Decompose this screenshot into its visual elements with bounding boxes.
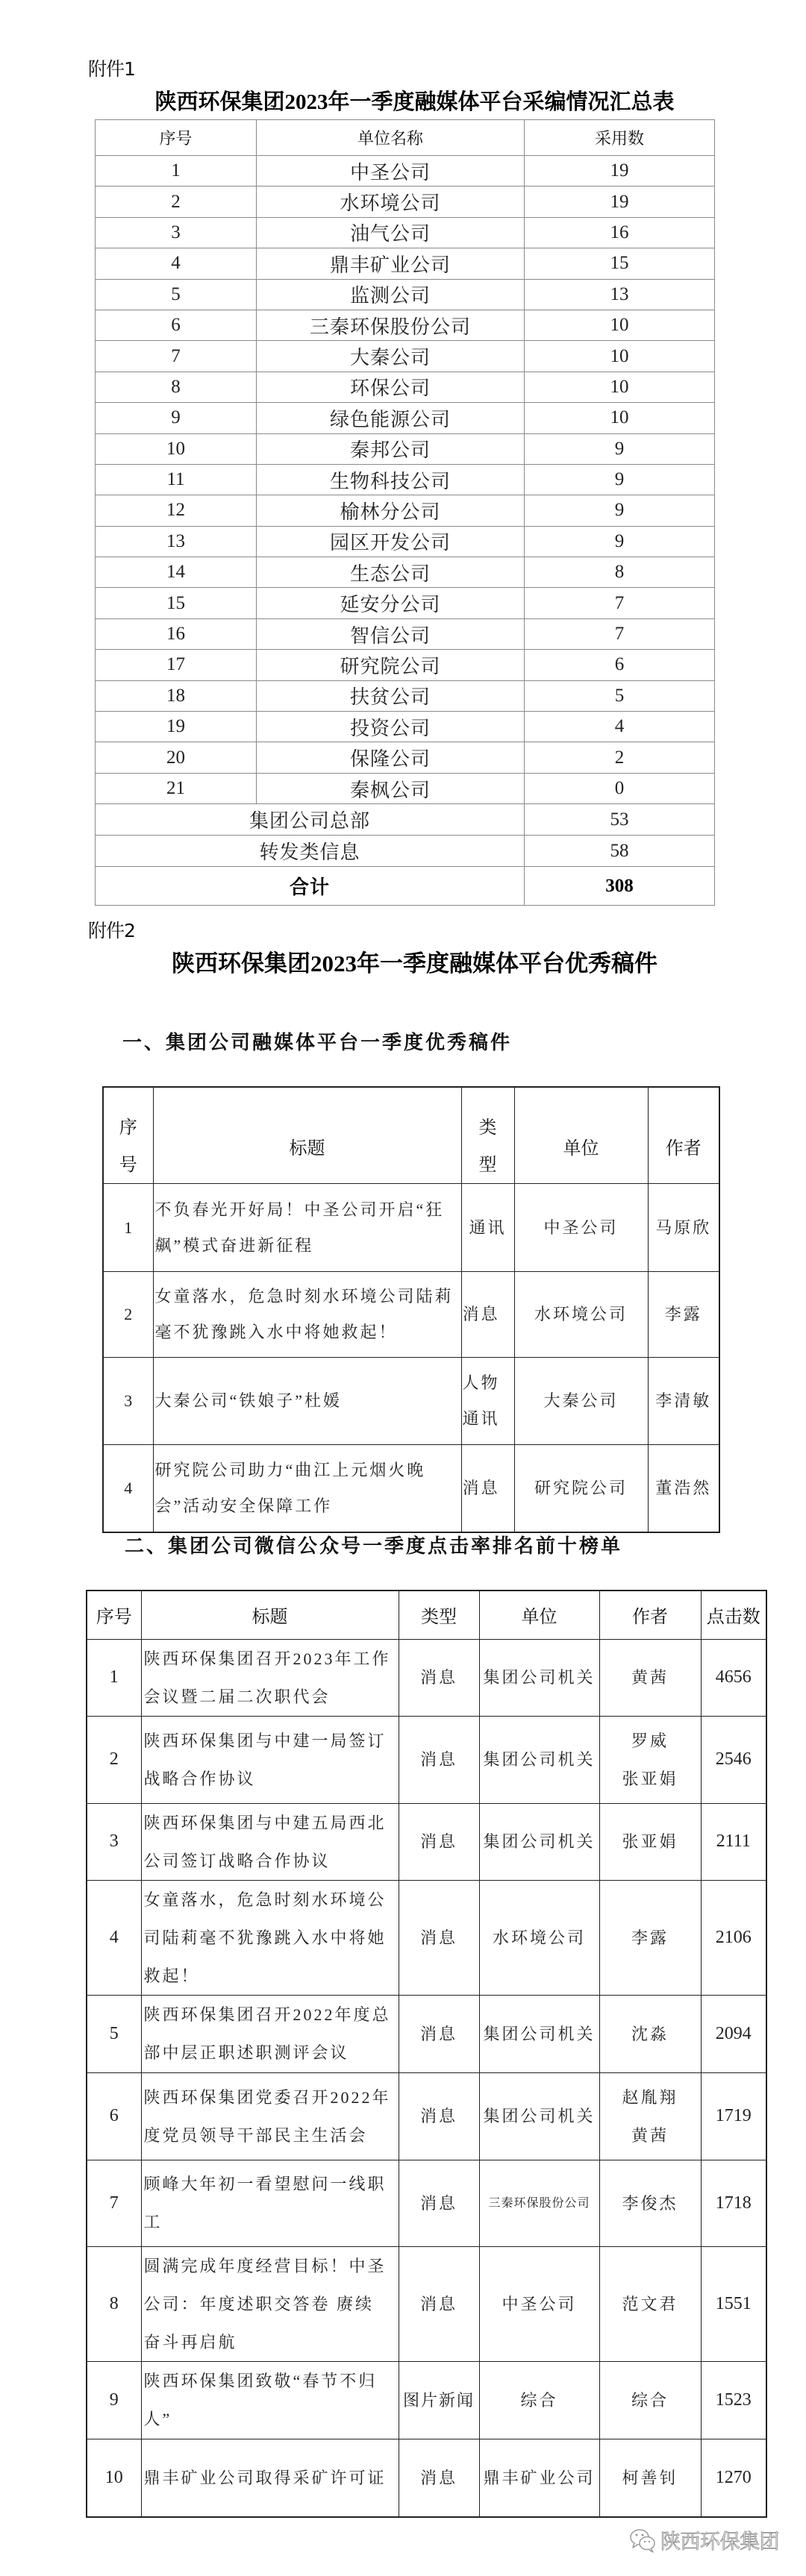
table-row: 1 陕西环保集团召开2023年工作 会议暨二届二次职代会 消息 集团公司机关 黄… (87, 1639, 766, 1716)
article-title: 圆满完成年度经营目标！中圣 公司：年度述职交答卷 赓续 奋斗再启航 (141, 2246, 399, 2361)
adopted-count: 13 (525, 279, 715, 310)
row-number: 5 (96, 279, 257, 310)
table-row: 10 鼎丰矿业公司取得采矿许可证 消息 鼎丰矿业公司 柯善钊 1270 (87, 2439, 766, 2517)
table-row: 1中圣公司19 (96, 156, 715, 187)
attachment-1-label: 附件1 (88, 58, 135, 81)
row-number: 3 (87, 1803, 141, 1880)
article-unit: 集团公司机关 (479, 2072, 599, 2160)
row-number: 9 (96, 403, 257, 433)
article-type: 消息 (399, 1639, 479, 1716)
article-type: 消息 (399, 1716, 479, 1803)
article-type: 消息 (399, 2439, 479, 2517)
row-number: 2 (103, 1272, 153, 1358)
article-title: 陕西环保集团党委召开2022年 度党员领导干部民主生活会 (141, 2072, 399, 2160)
article-author: 综合 (599, 2361, 701, 2439)
article-title: 大秦公司“铁娘子”杜媛 (153, 1358, 461, 1445)
column-header-type-text: 类型 (478, 1109, 497, 1183)
adopted-count: 0 (525, 773, 715, 803)
article-unit: 鼎丰矿业公司 (479, 2439, 599, 2517)
unit-name: 秦枫公司 (257, 773, 525, 803)
table-row: 5 陕西环保集团召开2022年度总 部中层正职述职测评会议 消息 集团公司机关 … (87, 1995, 766, 2072)
summary-row-forwarded: 转发类信息58 (96, 836, 715, 867)
summary-label: 转发类信息 (96, 836, 525, 867)
article-type: 人物通讯 (461, 1358, 514, 1445)
table-row: 5监测公司13 (96, 279, 715, 310)
table-row: 7大秦公司10 (96, 341, 715, 372)
column-header-clicks: 点击数 (701, 1591, 766, 1639)
article-author: 黄茜 (599, 1639, 701, 1716)
article-author: 李露 (599, 1880, 701, 1995)
table-row: 3 陕西环保集团与中建五局西北 公司签订战略合作协议 消息 集团公司机关 张亚娟… (87, 1803, 766, 1880)
summary-count: 58 (525, 836, 715, 867)
article-type: 消息 (461, 1272, 514, 1358)
article-unit: 集团公司机关 (479, 1995, 599, 2072)
row-number: 1 (87, 1639, 141, 1716)
article-author: 李清敏 (648, 1358, 719, 1445)
article-author: 赵胤翔 黄茜 (599, 2072, 701, 2160)
table-row: 4 研究院公司助力“曲江上元烟火晚 会”活动安全保障工作 消息 研究院公司 董浩… (103, 1445, 719, 1532)
click-count: 1270 (701, 2439, 766, 2517)
article-type: 消息 (399, 2160, 479, 2246)
column-header-unit: 单位 (514, 1087, 648, 1184)
article-type: 消息 (399, 2246, 479, 2361)
article-title: 鼎丰矿业公司取得采矿许可证 (141, 2439, 399, 2517)
column-header-type: 类型 (461, 1087, 514, 1184)
row-number: 11 (96, 464, 257, 495)
table-row: 15延安分公司7 (96, 588, 715, 618)
row-number: 6 (96, 310, 257, 340)
adopted-count: 5 (525, 680, 715, 711)
adopted-count: 9 (525, 495, 715, 526)
article-author: 董浩然 (648, 1445, 719, 1532)
table-row: 3 大秦公司“铁娘子”杜媛 人物通讯 大秦公司 李清敏 (103, 1358, 719, 1445)
adopted-count: 10 (525, 403, 715, 433)
column-header-unit: 单位名称 (257, 120, 525, 156)
article-title: 研究院公司助力“曲江上元烟火晚 会”活动安全保障工作 (153, 1445, 461, 1532)
adopted-count: 8 (525, 557, 715, 588)
excellent-articles-table: 序号 标题 类型 单位 作者 1 不负春光开好局！中圣公司开启“狂 飙”模式奋进… (102, 1086, 720, 1533)
article-title: 顾峰大年初一看望慰问一线职 工 (141, 2160, 399, 2246)
summary-count: 53 (525, 804, 715, 836)
table-row: 16智信公司7 (96, 618, 715, 649)
article-type: 通讯 (461, 1184, 514, 1272)
article-unit: 综合 (479, 2361, 599, 2439)
row-number: 2 (87, 1716, 141, 1803)
section-2-heading: 二、集团公司微信公众号一季度点击率排名前十榜单 (125, 1535, 622, 1558)
table-row: 6三秦环保股份公司10 (96, 310, 715, 340)
unit-name: 秦邦公司 (257, 433, 525, 464)
table-row: 9 陕西环保集团致敬“春节不归 人” 图片新闻 综合 综合 1523 (87, 2361, 766, 2439)
table-row: 8环保公司10 (96, 372, 715, 402)
unit-name: 鼎丰矿业公司 (257, 248, 525, 279)
article-author: 柯善钊 (599, 2439, 701, 2517)
article-unit: 中圣公司 (479, 2246, 599, 2361)
adopted-count: 9 (525, 526, 715, 557)
article-title: 陕西环保集团致敬“春节不归 人” (141, 2361, 399, 2439)
column-header-title: 标题 (153, 1087, 461, 1184)
click-count: 4656 (701, 1639, 766, 1716)
row-number: 4 (103, 1445, 153, 1532)
article-author: 张亚娟 (599, 1803, 701, 1880)
article-author: 范文君 (599, 2246, 701, 2361)
unit-name: 生态公司 (257, 557, 525, 588)
row-number: 14 (96, 557, 257, 588)
column-header-unit: 单位 (479, 1591, 599, 1639)
row-number: 9 (87, 2361, 141, 2439)
total-count: 308 (525, 867, 715, 906)
adopted-count: 10 (525, 310, 715, 340)
summary-table: 序号 单位名称 采用数 1中圣公司19 2水环境公司19 3油气公司16 4鼎丰… (95, 119, 715, 906)
row-number: 12 (96, 495, 257, 526)
adopted-count: 10 (525, 372, 715, 402)
article-type: 图片新闻 (399, 2361, 479, 2439)
click-count: 1551 (701, 2246, 766, 2361)
article-unit: 水环境公司 (479, 1880, 599, 1995)
article-title: 女童落水，危急时刻水环境公司陆莉 毫不犹豫跳入水中将她救起！ (153, 1272, 461, 1358)
article-title: 陕西环保集团召开2023年工作 会议暨二届二次职代会 (141, 1639, 399, 1716)
unit-name: 生物科技公司 (257, 464, 525, 495)
excellent-articles-title: 陕西环保集团2023年一季度融媒体平台优秀稿件 (0, 950, 806, 977)
unit-name: 油气公司 (257, 217, 525, 248)
click-count: 2106 (701, 1880, 766, 1995)
table-row: 4 女童落水，危急时刻水环境公 司陆莉毫不犹豫跳入水中将她 救起！ 消息 水环境… (87, 1880, 766, 1995)
article-author: 罗威 张亚娟 (599, 1716, 701, 1803)
row-number: 2 (96, 187, 257, 217)
table-row: 18扶贫公司5 (96, 680, 715, 711)
column-header-author: 作者 (648, 1087, 719, 1184)
unit-name: 环保公司 (257, 372, 525, 402)
article-title: 女童落水，危急时刻水环境公 司陆莉毫不犹豫跳入水中将她 救起！ (141, 1880, 399, 1995)
row-number: 8 (96, 372, 257, 402)
article-title: 不负春光开好局！中圣公司开启“狂 飙”模式奋进新征程 (153, 1184, 461, 1272)
summary-row-headquarters: 集团公司总部53 (96, 804, 715, 836)
table-row: 7 顾峰大年初一看望慰问一线职 工 消息 三秦环保股份公司 李俊杰 1718 (87, 2160, 766, 2246)
row-number: 19 (96, 712, 257, 742)
click-count: 1719 (701, 2072, 766, 2160)
table-row: 8 圆满完成年度经营目标！中圣 公司：年度述职交答卷 赓续 奋斗再启航 消息 中… (87, 2246, 766, 2361)
adopted-count: 9 (525, 433, 715, 464)
table-row: 2水环境公司19 (96, 187, 715, 217)
unit-name: 延安分公司 (257, 588, 525, 618)
article-title: 陕西环保集团与中建一局签订 战略合作协议 (141, 1716, 399, 1803)
table-row: 17研究院公司6 (96, 650, 715, 680)
top-ten-clicks-table: 序号 标题 类型 单位 作者 点击数 1 陕西环保集团召开2023年工作 会议暨… (86, 1590, 767, 2518)
unit-name: 智信公司 (257, 618, 525, 649)
article-type: 消息 (461, 1445, 514, 1532)
summary-label: 集团公司总部 (96, 804, 525, 836)
unit-name: 榆林分公司 (257, 495, 525, 526)
table-row: 11生物科技公司9 (96, 464, 715, 495)
click-count: 2094 (701, 1995, 766, 2072)
unit-name: 投资公司 (257, 712, 525, 742)
table-row: 19投资公司4 (96, 712, 715, 742)
table-header-row: 序号 单位名称 采用数 (96, 120, 715, 156)
row-number: 18 (96, 680, 257, 711)
row-number: 5 (87, 1995, 141, 2072)
row-number: 1 (96, 156, 257, 187)
adopted-count: 19 (525, 156, 715, 187)
row-number: 8 (87, 2246, 141, 2361)
table-row: 2 女童落水，危急时刻水环境公司陆莉 毫不犹豫跳入水中将她救起！ 消息 水环境公… (103, 1272, 719, 1358)
summary-table-title: 陕西环保集团2023年一季度融媒体平台采编情况汇总表 (0, 90, 806, 115)
click-count: 2546 (701, 1716, 766, 1803)
row-number: 10 (87, 2439, 141, 2517)
column-header-no-text: 序号 (119, 1109, 138, 1183)
article-type: 消息 (399, 2072, 479, 2160)
table-row: 1 不负春光开好局！中圣公司开启“狂 飙”模式奋进新征程 通讯 中圣公司 马原欣 (103, 1184, 719, 1272)
column-header-count: 采用数 (525, 120, 715, 156)
article-unit: 三秦环保股份公司 (479, 2160, 599, 2246)
table-header-row: 序号 标题 类型 单位 作者 (103, 1087, 719, 1184)
column-header-type: 类型 (399, 1591, 479, 1639)
article-author: 沈淼 (599, 1995, 701, 2072)
article-type: 消息 (399, 1995, 479, 2072)
row-number: 4 (96, 248, 257, 279)
table-header-row: 序号 标题 类型 单位 作者 点击数 (87, 1591, 766, 1639)
article-author: 李露 (648, 1272, 719, 1358)
article-unit: 研究院公司 (514, 1445, 648, 1532)
adopted-count: 4 (525, 712, 715, 742)
unit-name: 园区开发公司 (257, 526, 525, 557)
click-count: 2111 (701, 1803, 766, 1880)
table-row: 10秦邦公司9 (96, 433, 715, 464)
table-row: 21秦枫公司0 (96, 773, 715, 803)
table-row: 9绿色能源公司10 (96, 403, 715, 433)
table-row: 3油气公司16 (96, 217, 715, 248)
column-header-no: 序号 (96, 120, 257, 156)
row-number: 10 (96, 433, 257, 464)
article-author: 马原欣 (648, 1184, 719, 1272)
click-count: 1523 (701, 2361, 766, 2439)
adopted-count: 2 (525, 742, 715, 773)
row-number: 6 (87, 2072, 141, 2160)
row-number: 3 (103, 1358, 153, 1445)
table-row: 13园区开发公司9 (96, 526, 715, 557)
unit-name: 水环境公司 (257, 187, 525, 217)
row-number: 1 (103, 1184, 153, 1272)
unit-name: 监测公司 (257, 279, 525, 310)
table-row: 4鼎丰矿业公司15 (96, 248, 715, 279)
article-unit: 集团公司机关 (479, 1639, 599, 1716)
article-unit: 大秦公司 (514, 1358, 648, 1445)
table-row: 12榆林分公司9 (96, 495, 715, 526)
watermark-text: 陕西环保集团 (660, 2529, 779, 2556)
row-number: 4 (87, 1880, 141, 1995)
table-row: 14生态公司8 (96, 557, 715, 588)
adopted-count: 16 (525, 217, 715, 248)
row-number: 16 (96, 618, 257, 649)
article-type: 消息 (399, 1803, 479, 1880)
article-unit: 水环境公司 (514, 1272, 648, 1358)
column-header-author: 作者 (599, 1591, 701, 1639)
section-1-heading: 一、集团公司融媒体平台一季度优秀稿件 (122, 1031, 512, 1055)
unit-name: 中圣公司 (257, 156, 525, 187)
article-title: 陕西环保集团召开2022年度总 部中层正职述职测评会议 (141, 1995, 399, 2072)
total-label: 合计 (96, 867, 525, 906)
article-author: 李俊杰 (599, 2160, 701, 2246)
unit-name: 保隆公司 (257, 742, 525, 773)
unit-name: 绿色能源公司 (257, 403, 525, 433)
column-header-no: 序号 (103, 1087, 153, 1184)
table-row: 2 陕西环保集团与中建一局签订 战略合作协议 消息 集团公司机关 罗威 张亚娟 … (87, 1716, 766, 1803)
adopted-count: 9 (525, 464, 715, 495)
adopted-count: 19 (525, 187, 715, 217)
row-number: 15 (96, 588, 257, 618)
adopted-count: 7 (525, 618, 715, 649)
adopted-count: 7 (525, 588, 715, 618)
unit-name: 研究院公司 (257, 650, 525, 680)
column-header-title: 标题 (141, 1591, 399, 1639)
row-number: 7 (96, 341, 257, 372)
article-type: 消息 (399, 1880, 479, 1995)
unit-name: 三秦环保股份公司 (257, 310, 525, 340)
unit-name: 扶贫公司 (257, 680, 525, 711)
row-number: 13 (96, 526, 257, 557)
table-row: 6 陕西环保集团党委召开2022年 度党员领导干部民主生活会 消息 集团公司机关… (87, 2072, 766, 2160)
unit-name: 大秦公司 (257, 341, 525, 372)
row-number: 7 (87, 2160, 141, 2246)
row-number: 17 (96, 650, 257, 680)
article-unit: 中圣公司 (514, 1184, 648, 1272)
adopted-count: 15 (525, 248, 715, 279)
article-title: 陕西环保集团与中建五局西北 公司签订战略合作协议 (141, 1803, 399, 1880)
row-number: 3 (96, 217, 257, 248)
table-row: 20保隆公司2 (96, 742, 715, 773)
adopted-count: 10 (525, 341, 715, 372)
article-unit: 集团公司机关 (479, 1803, 599, 1880)
click-count: 1718 (701, 2160, 766, 2246)
attachment-2-label: 附件2 (88, 920, 135, 942)
article-unit: 集团公司机关 (479, 1716, 599, 1803)
watermark: 陕西环保集团 (629, 2527, 779, 2557)
row-number: 20 (96, 742, 257, 773)
adopted-count: 6 (525, 650, 715, 680)
summary-row-total: 合计308 (96, 867, 715, 906)
column-header-no: 序号 (87, 1591, 141, 1639)
row-number: 21 (96, 773, 257, 803)
wechat-icon (629, 2527, 657, 2557)
